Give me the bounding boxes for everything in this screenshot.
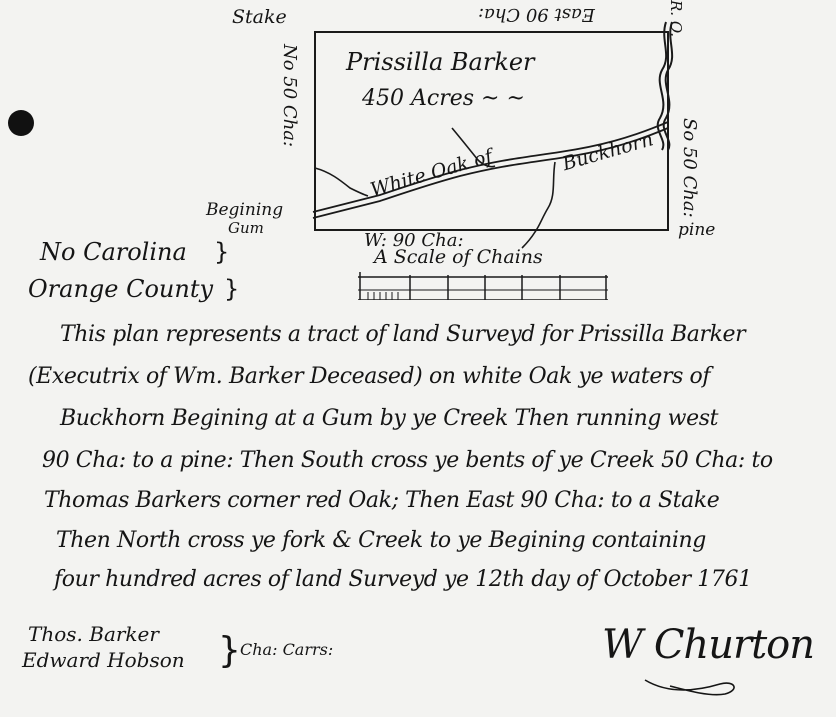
corner-label-stake: Stake: [232, 6, 287, 28]
chain-carriers-role: Cha: Carrs:: [240, 640, 333, 659]
state-label: No Carolina: [40, 238, 187, 266]
body-line: four hundred acres of land Surveyd ye 12…: [54, 567, 752, 592]
chain-carrier-name: Edward Hobson: [22, 648, 185, 672]
body-line: 90 Cha: to a pine: Then South cross ye b…: [42, 448, 773, 473]
body-line: (Executrix of Wm. Barker Deceased) on wh…: [28, 364, 710, 389]
corner-label-red-oak: R. O.: [667, 0, 685, 37]
body-line: This plan represents a tract of land Sur…: [60, 322, 745, 347]
brace: }: [224, 275, 239, 303]
corner-label-gum: Gum: [228, 219, 264, 237]
body-line: Buckhorn Begining at a Gum by ye Creek T…: [60, 406, 718, 431]
brace: }: [218, 630, 241, 671]
right-boundary-label: So 50 Cha:: [679, 118, 700, 218]
ink-blot: [8, 110, 34, 136]
scale-of-chains: [358, 272, 608, 300]
surveyor-signature: W Churton: [602, 622, 814, 668]
corner-label-begining: Begining: [206, 200, 283, 220]
scale-label: A Scale of Chains: [374, 246, 543, 268]
body-line: Thomas Barkers corner red Oak; Then East…: [44, 488, 719, 513]
body-line: Then North cross ye fork & Creek to ye B…: [56, 528, 706, 553]
signature-flourish: [640, 670, 760, 700]
tract-owner-name: Prissilla Barker: [346, 48, 535, 76]
top-boundary-label: East 90 Cha:: [478, 4, 595, 25]
left-boundary-label: No 50 Cha:: [279, 44, 300, 147]
tract-area: 450 Acres ~ ~: [362, 86, 525, 111]
county-label: Orange County: [28, 275, 213, 303]
corner-label-pine: pine: [678, 220, 715, 240]
brace: }: [214, 238, 229, 266]
chain-carrier-name: Thos. Barker: [28, 622, 159, 646]
